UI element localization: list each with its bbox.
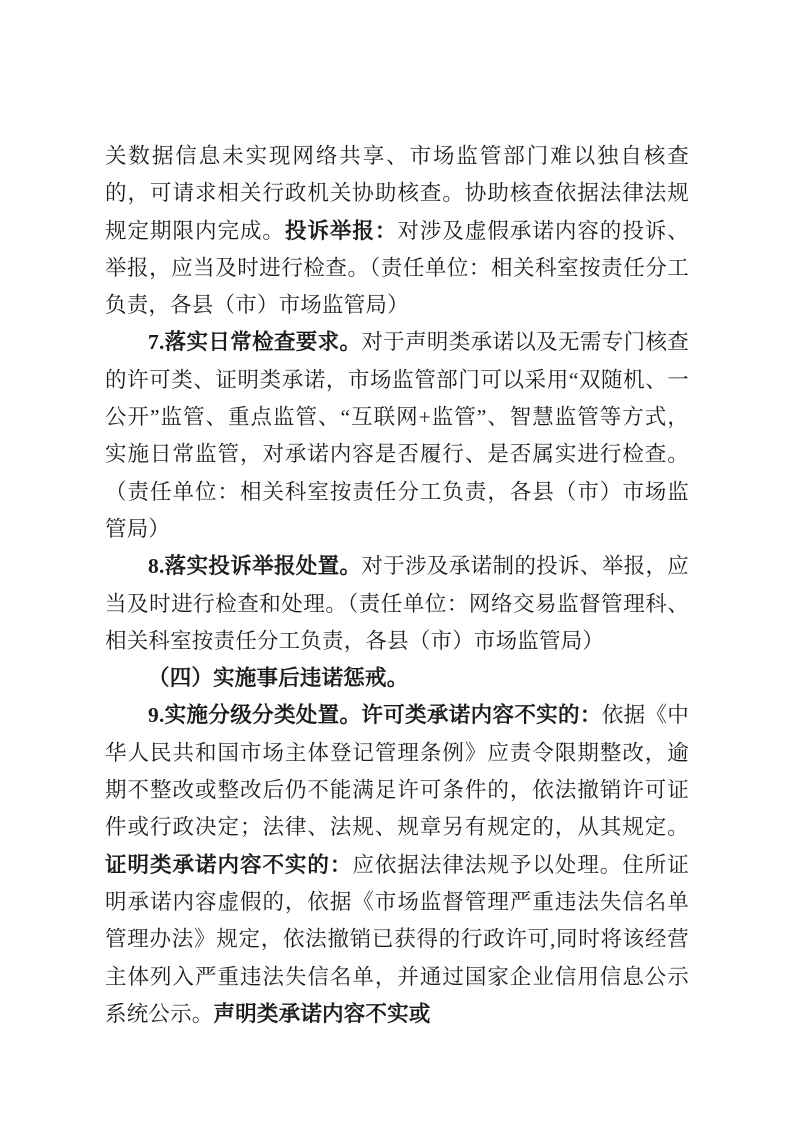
document-content: 关数据信息未实现网络共享、市场监管部门难以独自核查的，可请求相关行政机关协助核查…	[105, 138, 689, 1033]
paragraph: 8.落实投诉举报处置。对于涉及承诺制的投诉、举报，应当及时进行检查和处理。（责任…	[105, 548, 689, 660]
section-heading: （四）实施事后违诺惩戒。	[105, 660, 689, 697]
paragraph: 9.实施分级分类处置。许可类承诺内容不实的：依据《中华人民共和国市场主体登记管理…	[105, 697, 689, 1033]
text-run: 应依据法律法规予以处理。住所证明承诺内容虚假的，依据《市场监督管理严重违法失信名…	[105, 853, 689, 1026]
text-run-bold: 声明类承诺内容不实或	[214, 1002, 431, 1026]
text-run-bold: 8.落实投诉举报处置。	[148, 554, 361, 578]
text-run-bold: 证明类承诺内容不实的：	[105, 853, 352, 877]
text-run-bold: 投诉举报：	[285, 219, 397, 243]
paragraph: 关数据信息未实现网络共享、市场监管部门难以独自核查的，可请求相关行政机关协助核查…	[105, 138, 689, 324]
text-run-bold: 9.实施分级分类处置。许可类承诺内容不实的：	[148, 703, 602, 727]
document-page: 关数据信息未实现网络共享、市场监管部门难以独自核查的，可请求相关行政机关协助核查…	[0, 0, 793, 1122]
text-run-bold: （四）实施事后违诺惩戒。	[148, 666, 408, 690]
text-run: 对于声明类承诺以及无需专门核查的许可类、证明类承诺，市场监管部门可以采用“双随机…	[105, 330, 689, 540]
text-run-bold: 7.落实日常检查要求。	[148, 330, 361, 354]
paragraph: 7.落实日常检查要求。对于声明类承诺以及无需专门核查的许可类、证明类承诺，市场监…	[105, 324, 689, 548]
